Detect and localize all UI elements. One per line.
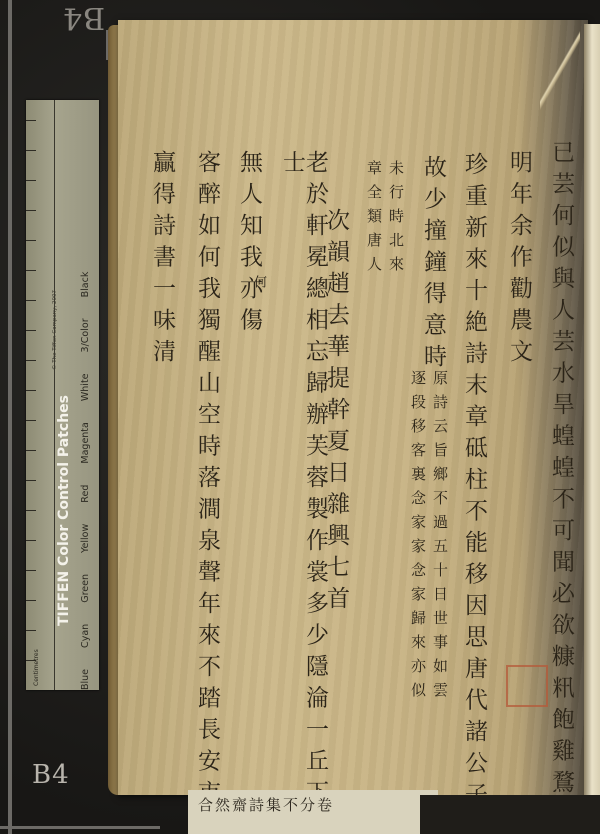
background-shadow — [420, 795, 600, 834]
grid-label-top: B4 — [62, 0, 105, 35]
annotation-2: 逐段移客裏念家家念家歸來亦似 — [410, 370, 425, 706]
color-names: Blue Cyan Green Yellow Red Magenta White… — [80, 272, 91, 690]
text-column-9: 客醉如何我獨醒山空時落澗泉聲年來不踏長安市 — [195, 150, 218, 812]
text-column-7: 老於軒冕總相忘歸辦芙蓉製作裳多少隱淪一丘下士 — [280, 150, 326, 834]
frame-line — [0, 826, 160, 829]
text-column-4: 故少撞鐘得意時 — [421, 155, 444, 376]
centimetres-label: Centimetres — [33, 649, 40, 686]
text-column-10: 贏得詩書一味清 — [150, 150, 173, 371]
text-column-3: 珍重新來十絶詩末章砥柱不能移因思唐代諸公子 — [462, 152, 485, 814]
red-seal-stamp — [506, 665, 548, 707]
frame-line — [8, 0, 12, 834]
annotation-1: 原詩云旨鄉不過五十日世事如雲 — [432, 370, 447, 706]
label-slip-text: 合然齋詩集不分卷 — [198, 794, 334, 815]
text-column-2: 明年余作勸農文 — [507, 150, 530, 371]
annotation-3: 未行時北來 — [388, 160, 403, 280]
text-column-8: 無人知我亦傷 — [237, 150, 260, 339]
facing-leaf — [584, 24, 600, 804]
ruler — [26, 100, 55, 690]
text-column-1: 已芸何似與人芸水旱蝗蝗不可聞必欲糠籸飽雞鶩 — [549, 140, 572, 802]
tiffen-brand: TIFFEN Color Control Patches — [56, 395, 72, 626]
page-fold — [540, 28, 580, 118]
copyright: © The Tiffen Company, 2007 — [52, 290, 58, 370]
grid-label-bottom: B4 — [32, 760, 70, 790]
annotation-4: 章全類唐人 — [366, 160, 381, 280]
annotation-5: 何 — [252, 275, 265, 297]
